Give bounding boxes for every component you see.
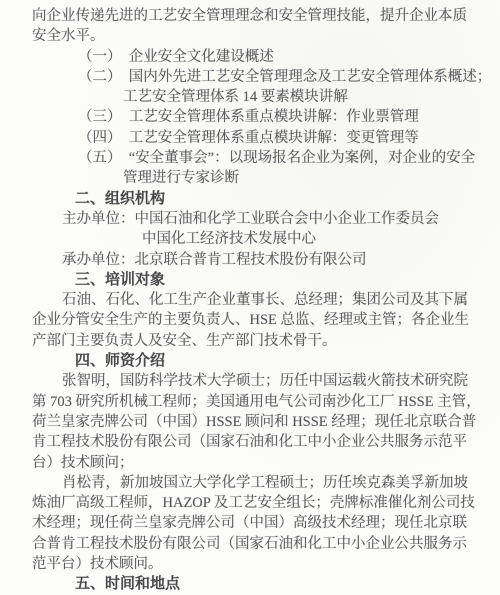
text-line: 向企业传递先进的工艺安全管理理念和安全管理技能，提升企业本质 bbox=[32, 6, 472, 26]
section-heading: 三、培训对象 bbox=[32, 270, 472, 290]
text-line: 承办单位：北京联合普肯工程技术股份有限公司 bbox=[32, 250, 472, 270]
text-line: 荷兰皇家壳牌公司（中国）HSSE 顾问和 HSSE 经理；现任北京联合普 bbox=[32, 412, 472, 432]
text-line: 张智明，国防科学技术大学硕士；历任中国运载火箭技术研究院 bbox=[32, 371, 472, 391]
text-line: 肯工程技术股份有限公司（国家石油和化工中小企业公共服务示范平 bbox=[32, 432, 472, 452]
text-line: 肖松青，新加坡国立大学化学工程硕士；历任埃克森美孚新加坡 bbox=[32, 473, 472, 493]
list-item-line: （四） 工艺安全管理体系重点模块讲解：变更管理等 bbox=[32, 128, 472, 148]
text-line: 范平台）技术顾问。 bbox=[32, 554, 472, 574]
document-page: 向企业传递先进的工艺安全管理理念和安全管理技能，提升企业本质安全水平。（一） 企… bbox=[0, 0, 500, 595]
text-line: 术经理；现任荷兰皇家壳牌公司（中国）高级技术经理；现任北京联 bbox=[32, 513, 472, 533]
list-item-line: （三） 工艺安全管理体系重点模块讲解：作业票管理 bbox=[32, 107, 472, 127]
text-line: 企业分管安全生产的主要负责人、HSE 总监、经理或主管；各企业生 bbox=[32, 310, 472, 330]
document-body: 向企业传递先进的工艺安全管理理念和安全管理技能，提升企业本质安全水平。（一） 企… bbox=[32, 6, 472, 595]
text-line: 炼油厂高级工程师，HAZOP 及工艺安全组长；壳牌标准催化剂公司技 bbox=[32, 493, 472, 513]
text-line: 主办单位：中国石油和化学工业联合会中小企业工作委员会 bbox=[32, 209, 472, 229]
text-line: 第 703 研究所机械工程师；美国通用电气公司南沙化工厂 HSSE 主管， bbox=[32, 392, 472, 412]
list-item-line: （五） “安全董事会”：以现场报名企业为案例，对企业的安全 bbox=[32, 148, 472, 168]
section-heading: 五、时间和地点 bbox=[32, 574, 472, 594]
section-heading: 二、组织机构 bbox=[32, 189, 472, 209]
list-item-line: （二） 国内外先进工艺安全管理理念及工艺安全管理体系概述； bbox=[32, 67, 472, 87]
text-line: 中国化工经济技术发展中心 bbox=[32, 229, 472, 249]
text-line: 石油、石化、化工生产企业董事长、总经理；集团公司及其下属 bbox=[32, 290, 472, 310]
list-item-line: （一） 企业安全文化建设概述 bbox=[32, 47, 472, 67]
text-line: 合普肯工程技术股份有限公司（国家石油和化工中小企业公共服务示 bbox=[32, 534, 472, 554]
list-item-continuation-line: 管理进行专家诊断 bbox=[32, 168, 472, 188]
text-line: 产部门主要负责人及安全、生产部门技术骨干。 bbox=[32, 331, 472, 351]
section-heading: 四、师资介绍 bbox=[32, 351, 472, 371]
text-line: 台）技术顾问； bbox=[32, 453, 472, 473]
list-item-continuation-line: 工艺安全管理体系 14 要素模块讲解 bbox=[32, 87, 472, 107]
text-line: 安全水平。 bbox=[32, 26, 472, 46]
